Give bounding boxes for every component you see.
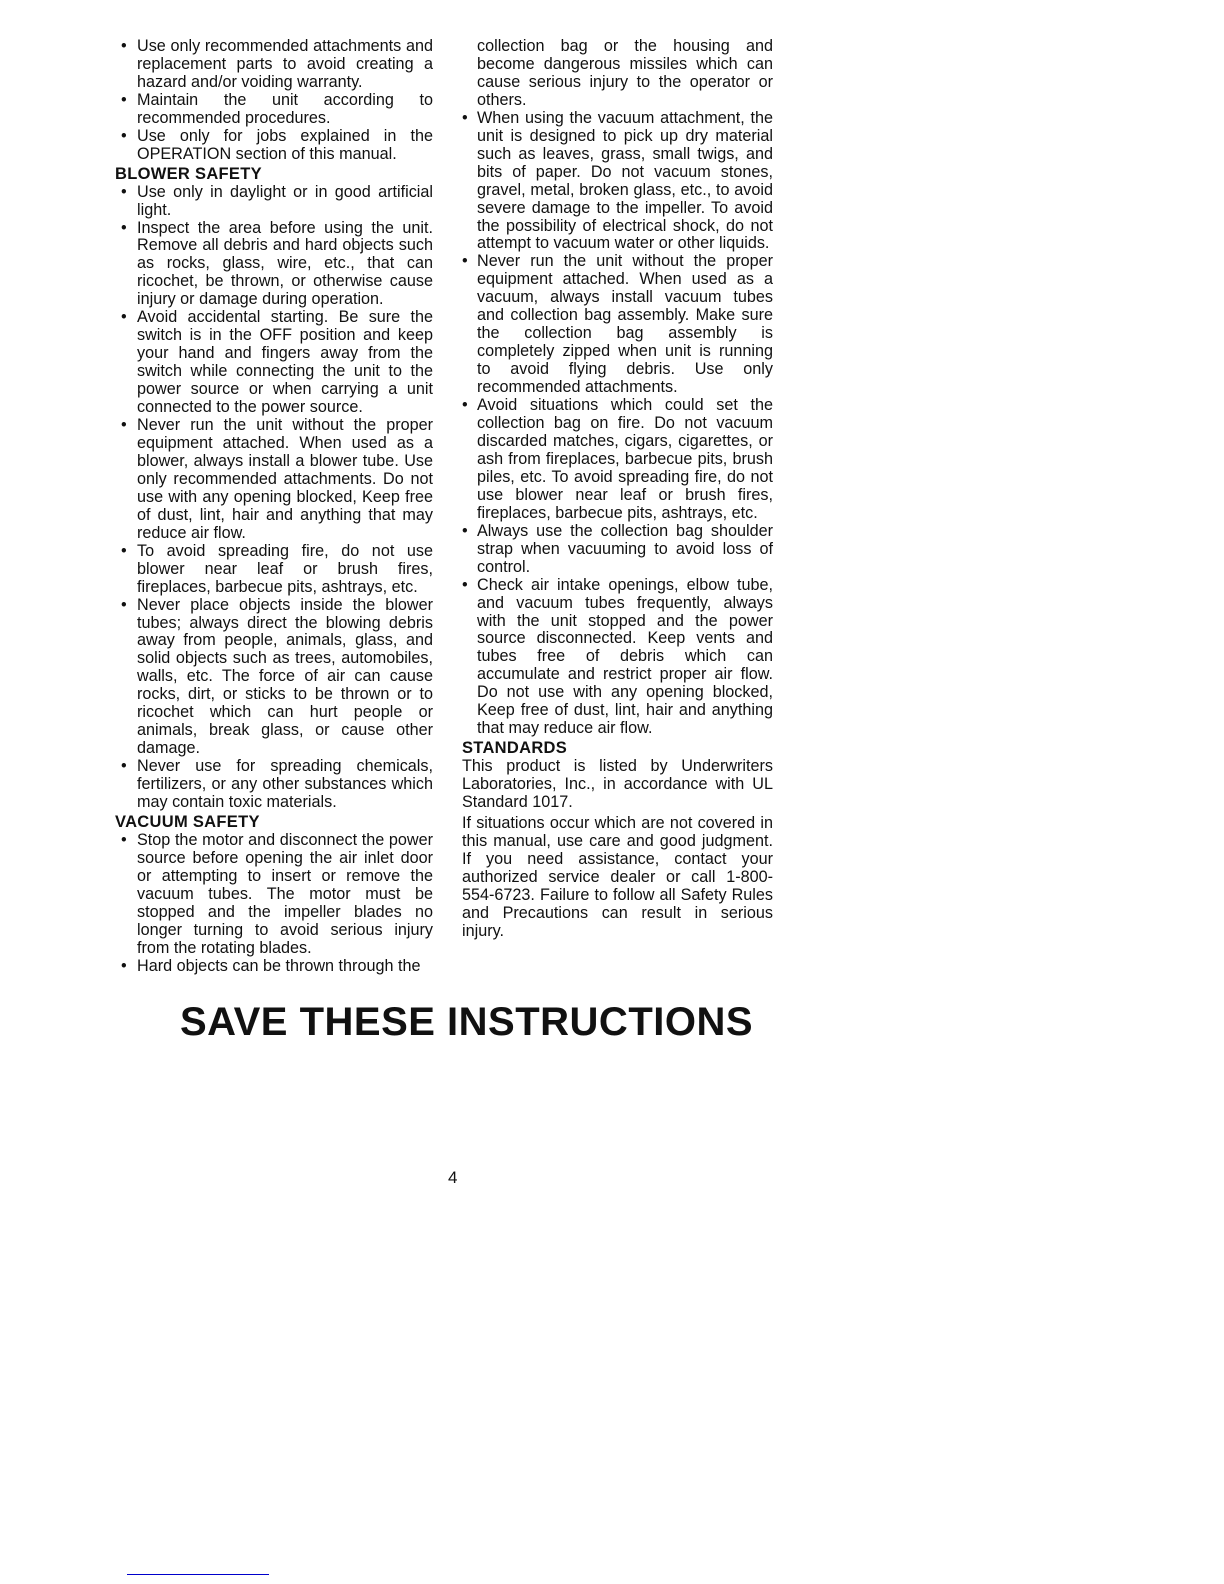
list-item: Never place objects inside the blower tu… bbox=[115, 597, 433, 759]
list-item: Check air intake openings, elbow tube, a… bbox=[462, 577, 773, 739]
vacuum-safety-list: Stop the motor and disconnect the power … bbox=[115, 832, 433, 976]
page-number: 4 bbox=[448, 1168, 457, 1188]
list-item: Use only in daylight or in good artifici… bbox=[115, 184, 433, 220]
vacuum-safety-heading: VACUUM SAFETY bbox=[115, 814, 433, 832]
blower-safety-heading: BLOWER SAFETY bbox=[115, 166, 433, 184]
list-item: Always use the collection bag shoulder s… bbox=[462, 523, 773, 577]
list-item: Never run the unit without the proper eq… bbox=[115, 417, 433, 543]
assistance-paragraph: If situations occur which are not covere… bbox=[462, 815, 773, 941]
list-item: Never run the unit without the proper eq… bbox=[462, 253, 773, 397]
right-column: collection bag or the housing and become… bbox=[462, 38, 773, 944]
list-item: Stop the motor and disconnect the power … bbox=[115, 832, 433, 958]
list-item: To avoid spreading fire, do not use blow… bbox=[115, 543, 433, 597]
list-item: Never use for spreading chemicals, ferti… bbox=[115, 758, 433, 812]
list-item: Inspect the area before using the unit. … bbox=[115, 220, 433, 310]
standards-paragraph: This product is listed by Underwriters L… bbox=[462, 758, 773, 812]
blower-safety-list: Use only in daylight or in good artifici… bbox=[115, 184, 433, 812]
left-column: Use only recommended attachments and rep… bbox=[115, 38, 433, 976]
list-item: Avoid accidental starting. Be sure the s… bbox=[115, 309, 433, 417]
intro-list: Use only recommended attachments and rep… bbox=[115, 38, 433, 164]
list-item: Use only for jobs explained in the OPERA… bbox=[115, 128, 433, 164]
vacuum-safety-list-continued: When using the vacuum attachment, the un… bbox=[462, 110, 773, 738]
standards-heading: STANDARDS bbox=[462, 740, 773, 758]
list-item: When using the vacuum attachment, the un… bbox=[462, 110, 773, 254]
footer-rule bbox=[127, 1574, 269, 1575]
list-item: Avoid situations which could set the col… bbox=[462, 397, 773, 523]
list-item: Hard objects can be thrown through the bbox=[115, 958, 433, 976]
list-item: Use only recommended attachments and rep… bbox=[115, 38, 433, 92]
continued-text: collection bag or the housing and become… bbox=[462, 38, 773, 110]
save-instructions-banner: SAVE THESE INSTRUCTIONS bbox=[180, 1000, 753, 1045]
list-item: Maintain the unit according to recommend… bbox=[115, 92, 433, 128]
